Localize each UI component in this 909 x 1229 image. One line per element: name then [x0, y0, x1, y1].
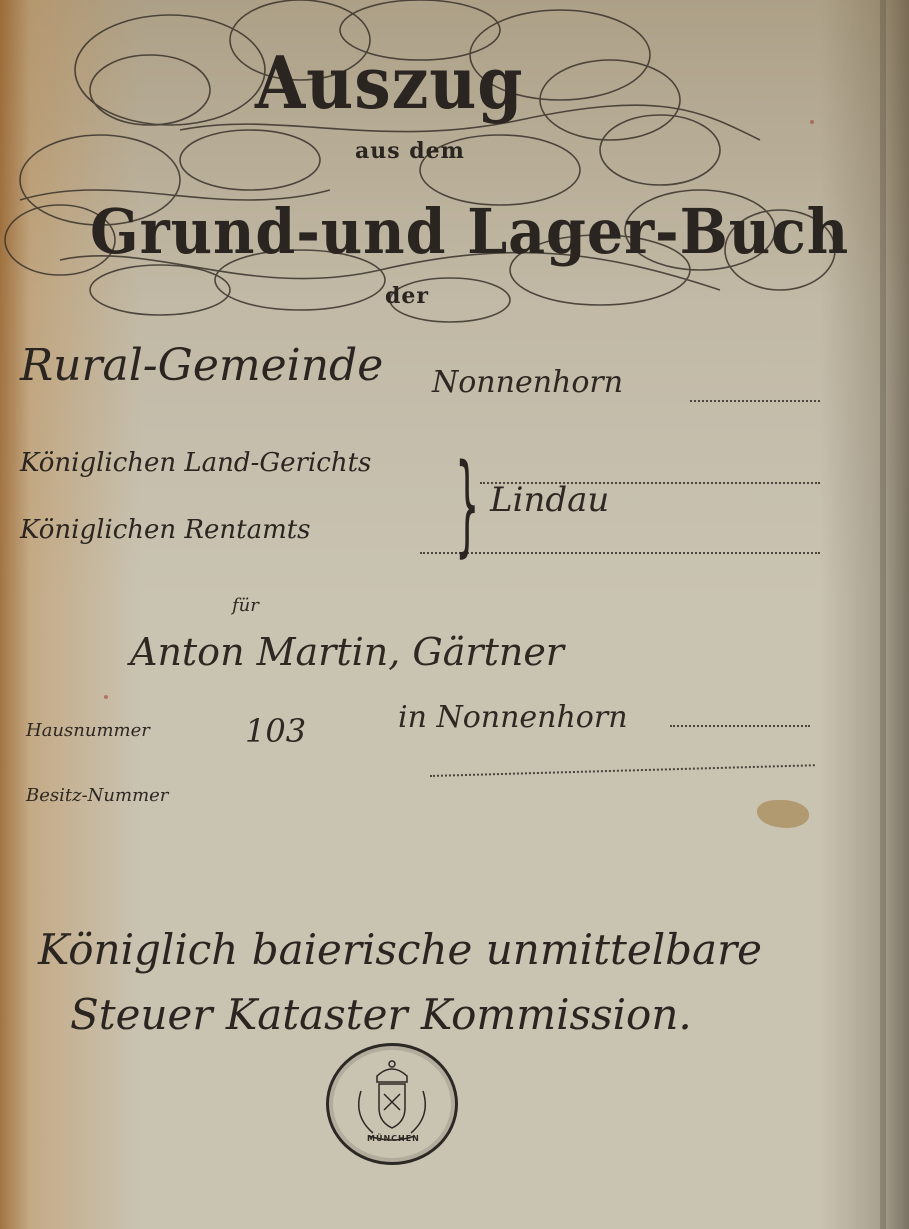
dotted-fill-line [420, 552, 820, 554]
document-main-heading: Grund-und Lager-Buch [90, 195, 849, 268]
dotted-fill-line [430, 764, 815, 777]
paper-stain [757, 800, 809, 828]
official-seal: MÜNCHEN [326, 1043, 458, 1165]
owner-value: Anton Martin, Gärtner [130, 630, 564, 674]
brace-glyph: } [455, 440, 480, 568]
authority-line-2: Steuer Kataster Kommission. [70, 990, 692, 1039]
coat-of-arms-icon [329, 1046, 455, 1162]
municipality-label: Rural-Gemeinde [20, 340, 383, 391]
house-number-label: Hausnummer [26, 720, 150, 741]
paper-speck [104, 695, 108, 699]
paper-speck [810, 120, 814, 124]
rentamt-label: Königlichen Rentamts [20, 515, 311, 545]
document-page: Auszug aus dem Grund-und Lager-Buch der … [0, 0, 909, 1229]
dotted-fill-line [690, 400, 820, 402]
authority-line-1: Königlich baierische unmittelbare [38, 925, 762, 974]
dotted-fill-line [670, 725, 810, 727]
document-title: Auszug [255, 40, 523, 125]
municipality-value: Nonnenhorn [432, 365, 623, 400]
for-label: für [232, 595, 259, 616]
document-subtitle-aus-dem: aus dem [355, 138, 465, 164]
seal-legend: MÜNCHEN [367, 1134, 420, 1143]
possession-number-label: Besitz-Nummer [26, 785, 168, 806]
court-label: Königlichen Land-Gerichts [20, 448, 371, 478]
document-subtitle-der: der [385, 283, 429, 309]
court-rentamt-value: Lindau [490, 480, 609, 520]
house-number-value: 103 [245, 712, 306, 750]
place-value: in Nonnenhorn [398, 700, 628, 735]
